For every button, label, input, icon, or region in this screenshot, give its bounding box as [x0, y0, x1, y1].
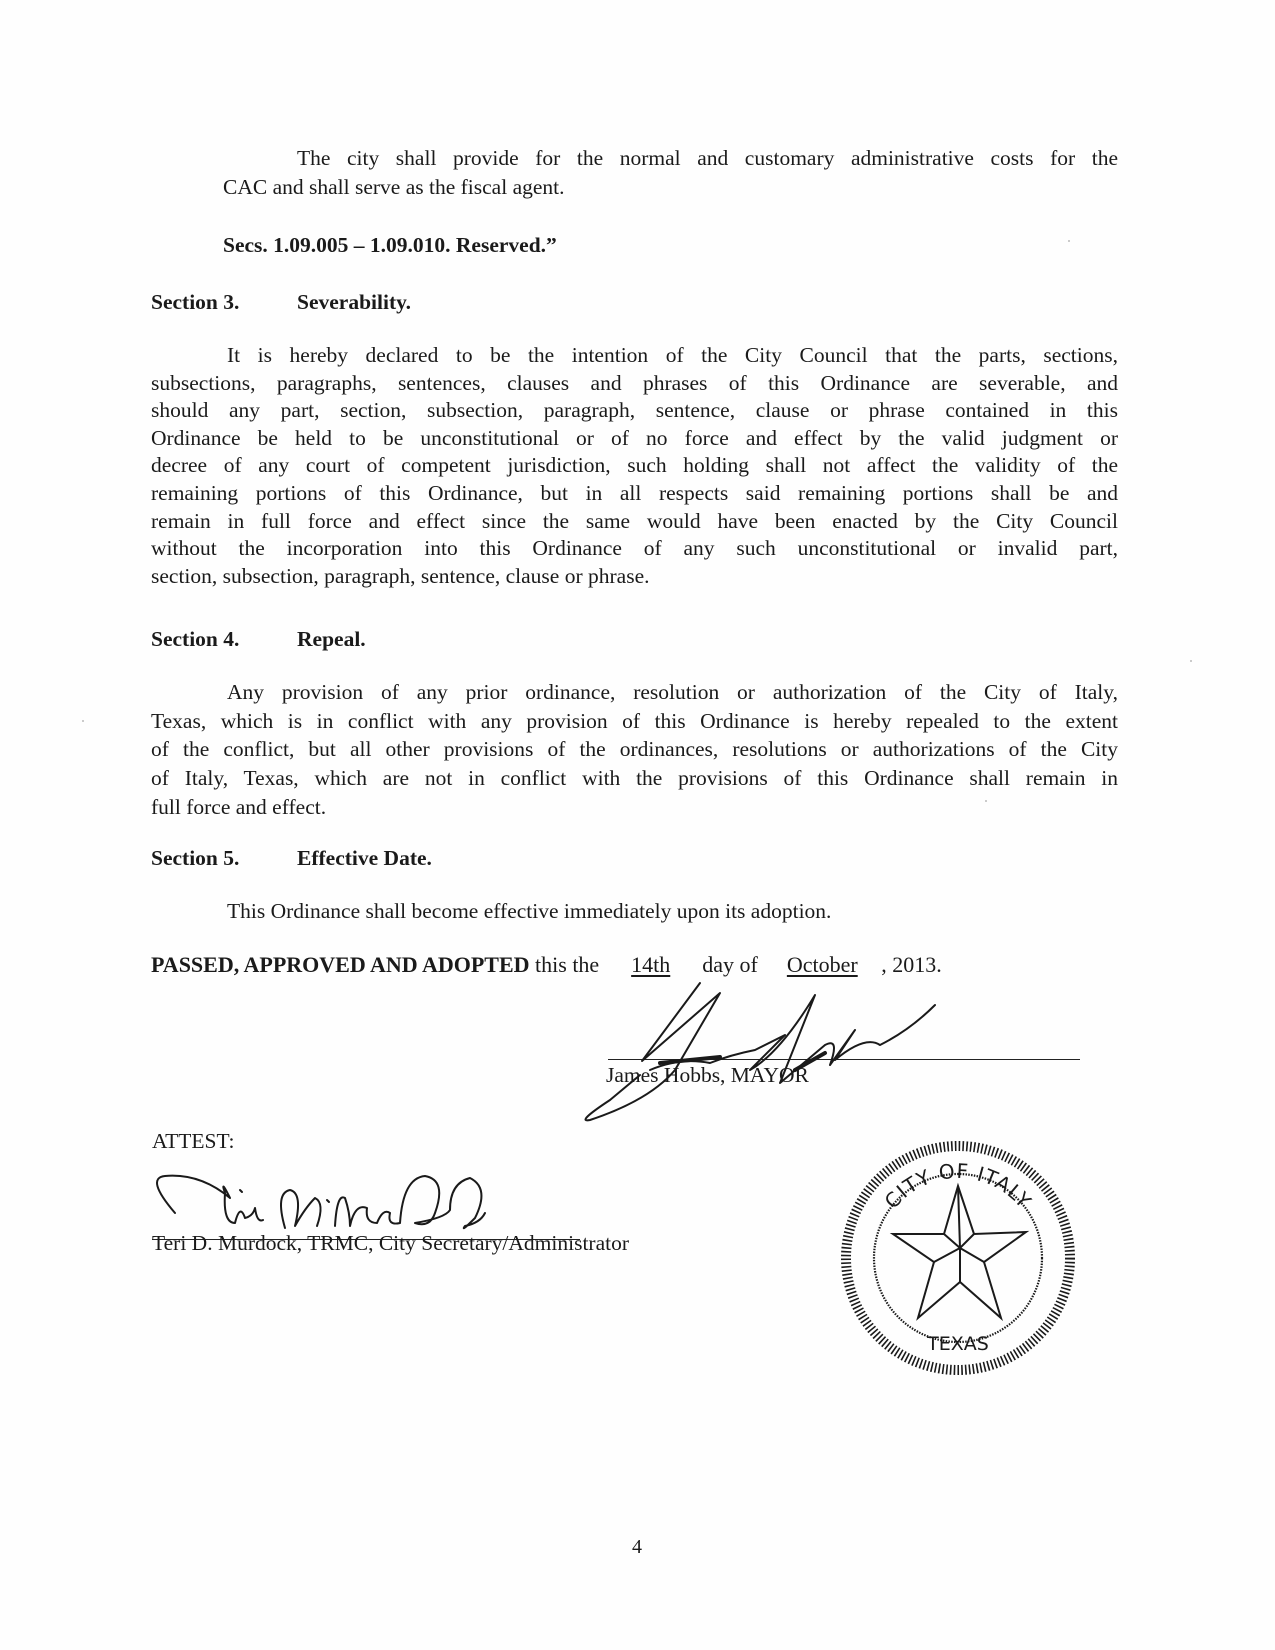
adoption-text: day of: [697, 952, 764, 977]
paragraph-line: remain in full force and effect since th…: [151, 507, 1118, 536]
paragraph-line: should any part, section, subsection, pa…: [151, 396, 1118, 425]
paragraph-line: section, subsection, paragraph, sentence…: [151, 562, 1118, 591]
page-number: 4: [632, 1536, 642, 1559]
paragraph-line: of Italy, Texas, which are not in confli…: [151, 764, 1118, 793]
section-title: Effective Date.: [297, 844, 432, 873]
paragraph-line: subsections, paragraphs, sentences, clau…: [151, 369, 1118, 398]
mayor-signature-icon: [580, 975, 1000, 1125]
seal-bottom-text: TEXAS: [926, 1333, 989, 1355]
reserved-sections-heading: Secs. 1.09.005 – 1.09.010. Reserved.”: [223, 231, 1190, 260]
paragraph-line: This Ordinance shall become effective im…: [227, 897, 1194, 926]
star-icon: [893, 1186, 1026, 1318]
document-page: The city shall provide for the normal an…: [0, 0, 1275, 1650]
secretary-name: Teri D. Murdock, TRMC, City Secretary/Ad…: [152, 1230, 629, 1256]
paragraph-line: The city shall provide for the normal an…: [151, 144, 1118, 173]
paragraph-line: Ordinance be held to be unconstitutional…: [151, 424, 1118, 453]
section-number: Section 5.: [151, 844, 239, 873]
paragraph-line: of the conflict, but all other provision…: [151, 735, 1118, 764]
adoption-text: this the: [530, 952, 605, 977]
paragraph-line: full force and effect.: [151, 793, 1118, 822]
paragraph-line: Any provision of any prior ordinance, re…: [151, 678, 1118, 707]
section-title: Repeal.: [297, 625, 366, 654]
section-number: Section 3.: [151, 288, 239, 317]
paragraph-line: decree of any court of competent jurisdi…: [151, 451, 1118, 480]
adoption-year: , 2013.: [881, 952, 942, 977]
paragraph-line: CAC and shall serve as the fiscal agent.: [223, 173, 1190, 202]
city-seal: CITY OF ITALY TEXAS: [838, 1138, 1078, 1378]
paragraph-line: It is hereby declared to be the intentio…: [151, 341, 1118, 370]
section-title: Severability.: [297, 288, 411, 317]
adoption-lead: PASSED, APPROVED AND ADOPTED: [151, 952, 530, 977]
attest-label: ATTEST:: [152, 1128, 235, 1154]
section-number: Section 4.: [151, 625, 239, 654]
paragraph-line: without the incorporation into this Ordi…: [151, 534, 1118, 563]
paragraph-line: remaining portions of this Ordinance, bu…: [151, 479, 1118, 508]
paragraph-line: Texas, which is in conflict with any pro…: [151, 707, 1118, 736]
